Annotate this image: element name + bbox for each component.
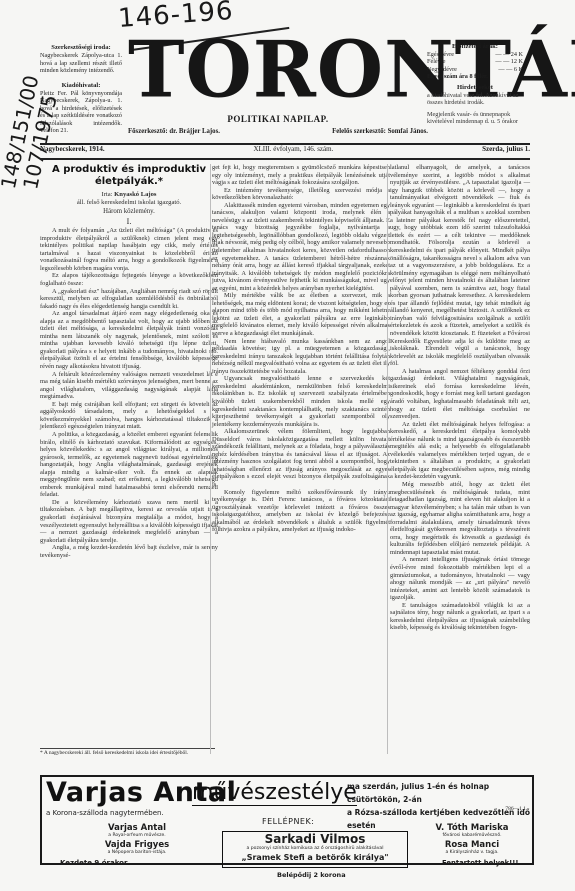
paragraph: E bajt még csirájában kell elfojtani; ez… bbox=[40, 401, 218, 431]
paragraph: Nem lenne hiábavaló munka kassánkban sem… bbox=[212, 338, 390, 376]
article-column-3: latlanul elhanyagolt, de amelyek, a taná… bbox=[390, 164, 530, 632]
article-column-1: A produktiv és improduktiv életpályák.* … bbox=[40, 164, 218, 559]
article-author: Knyaskó Lajos bbox=[114, 191, 156, 198]
performer-name: Vajda Frigyes bbox=[92, 840, 182, 850]
price-value: — — 6 K bbox=[498, 66, 523, 73]
price-period: Negyedévre bbox=[427, 66, 457, 73]
header-rule-bottom bbox=[40, 158, 530, 160]
price-period: Félévre bbox=[427, 58, 446, 65]
ad-venue: a Korona-szálloda nagytermében. bbox=[46, 809, 164, 817]
performer-desc: fővárosi kabaréművésznő. bbox=[417, 833, 527, 838]
paragraph: A „gyakorlati ész" hazájában, Angliában … bbox=[40, 288, 218, 311]
price-period: Egész évre bbox=[427, 51, 454, 58]
place-year: Nagybecskerek, 1914. bbox=[40, 145, 105, 153]
paragraph: A mult év folyamán „Az üzleti élet méltó… bbox=[40, 227, 218, 272]
paragraph: E tanulságos számadatokból világlik ki a… bbox=[390, 602, 530, 632]
author-title: áll. felső kereskedelmi iskolai igazgató… bbox=[40, 199, 218, 207]
performer-name: Varjas Antal bbox=[92, 823, 182, 833]
star-piece: „Sramek Stefi a betörők királya" bbox=[223, 852, 407, 863]
newspaper-title: TORONTÁL bbox=[128, 27, 428, 113]
paragraph: A hatalmas angol nemzet féltékeny gondda… bbox=[390, 368, 530, 421]
price-value: — — 12 K bbox=[495, 58, 523, 65]
paragraph: Még messzibb attól, hogy az üzleti élet … bbox=[390, 481, 530, 556]
responsible-editor: Felelős szerkesztő: Somfai János. bbox=[332, 128, 428, 135]
newspaper-subtitle: POLITIKAI NAPILAP. bbox=[128, 114, 428, 124]
ads-heading: Hirdetéseket bbox=[427, 84, 523, 91]
paragraph: Az angol társadalmat átjáró ezen nagy el… bbox=[40, 310, 218, 370]
section-number: I. bbox=[40, 218, 218, 226]
paragraph: Alakittassék minden egyetemi városban, m… bbox=[212, 202, 390, 293]
price-row: Egész évre — — 24 K bbox=[427, 51, 523, 58]
paragraph: Ugyancsak megvalósitható lenne e szervez… bbox=[212, 375, 390, 428]
paragraph: Ez intézmény tevékenysége, illetőleg sze… bbox=[212, 187, 390, 202]
ad-star-box: Sarkadi Vilmos a pozsonyi színház komiku… bbox=[222, 831, 408, 868]
publication-schedule: Megjelenik vasár- és ünnepnapok kivételé… bbox=[427, 111, 523, 125]
paragraph: Alkalomszerünek vélem fölemliteni, hogy … bbox=[212, 428, 390, 488]
price-row: Félévre — — 12 K bbox=[427, 58, 523, 65]
ad-start-time: Kezdete 9 órakor. bbox=[60, 859, 129, 867]
paragraph: A politika, a közgazdaság, a közélet emb… bbox=[40, 431, 218, 499]
editorial-office-heading: Szerkesztőségi iroda: bbox=[40, 44, 122, 51]
performer-desc: a Népopera bariton-istája. bbox=[92, 850, 182, 855]
paragraph: Mily mértékbe válik be az életben a szer… bbox=[212, 292, 390, 337]
performer-name: Rosa Manci bbox=[417, 840, 527, 850]
ad-performers-left: Varjas Antal a Royal-orfeum művésze. Vaj… bbox=[92, 823, 182, 857]
ad-featuring-label: FELLÉPNEK: bbox=[262, 817, 314, 826]
price-row: Negyedévre — — 6 K bbox=[427, 66, 523, 73]
paragraph: Anglia, a még kezdet-kezdetén lévő bajt … bbox=[40, 544, 218, 559]
star-name: Sarkadi Vilmos bbox=[223, 832, 407, 846]
paragraph: De a közvélemény kárhoztató szava nem me… bbox=[40, 499, 218, 544]
editors-line: Főszerkesztő: dr. Brájjer Lajos. Felelős… bbox=[128, 128, 428, 135]
editorial-office-text: Nagybecskerek Zápolya-utca 1. hová a lap… bbox=[40, 52, 122, 74]
price-value: — — 24 K bbox=[495, 51, 523, 58]
paragraph: latlanul elhanyagolt, de amelyek, a taná… bbox=[390, 164, 530, 368]
article-series-note: Három közlemény. bbox=[40, 208, 218, 216]
paragraph: Komoly figyelemre méltó székesfővárosunk… bbox=[212, 489, 390, 534]
concert-advertisement: Varjas Antal művészestélye ma szerdán, j… bbox=[40, 775, 534, 865]
issue-date: Szerda, julius 1. bbox=[482, 145, 530, 153]
paragraph: A nemzet intelligens ifjuságinak óriási … bbox=[390, 556, 530, 601]
ad-entry-fee: Belépődij 2 korona bbox=[277, 871, 346, 879]
article-byline: Irta: Knyaskó Lajos bbox=[40, 191, 218, 199]
single-copy-price: Egyes szám ára 8 fillér. bbox=[427, 73, 523, 80]
column-divider bbox=[210, 164, 211, 754]
ad-event-title: művészestélye bbox=[192, 780, 357, 806]
ad-reserved-seats: Fentartott helyek!!! bbox=[442, 859, 518, 867]
subscription-heading: Előfizetési árak: bbox=[427, 43, 523, 50]
volume-issue: XLIII. évfolyam, 146. szám. bbox=[253, 145, 333, 153]
paragraph: Az üzleti élet méltóságának helyes felfo… bbox=[390, 421, 530, 481]
ad-schedule-line-1: ma szerdán, julius 1-én és holnap csütör… bbox=[347, 780, 532, 806]
article-footnote: * A nagybecskereki áll. felső kereskedel… bbox=[40, 748, 215, 757]
paragraph: Ez alapos tájékozottságu fejtegetés lény… bbox=[40, 272, 218, 287]
newspaper-page: 146-196 148/151/00 107/1975 Szerkesztősé… bbox=[0, 0, 575, 891]
editor-in-chief: Főszerkesztő: dr. Brájjer Lajos. bbox=[128, 128, 220, 135]
office-info-box: Szerkesztőségi iroda: Nagybecskerek Zápo… bbox=[40, 44, 122, 141]
dateline: Nagybecskerek, 1914. XLIII. évfolyam, 14… bbox=[40, 145, 530, 153]
column-divider bbox=[387, 164, 388, 754]
subscription-box: Előfizetési árak: Egész évre — — 24 K Fé… bbox=[427, 43, 523, 129]
publisher-text: Pleitz Fer. Pál könyvnyomdája Nagybecske… bbox=[40, 90, 122, 134]
performer-name: V. Tóth Mariska bbox=[417, 823, 527, 833]
article-title: A produktiv és improduktiv életpályák.* bbox=[40, 164, 218, 188]
ad-performers-right: V. Tóth Mariska fővárosi kabaréművésznő.… bbox=[417, 823, 527, 857]
masthead: TORONTÁL POLITIKAI NAPILAP. bbox=[128, 28, 428, 124]
publisher-heading: Kiadóhivatal: bbox=[40, 82, 122, 89]
byline-prefix: Irta: bbox=[102, 191, 115, 198]
performer-desc: a Királyszinház v. tagja. bbox=[417, 850, 527, 855]
article-column-2: get fejt ki, hogy megteremtsen s gyümölc… bbox=[212, 164, 390, 534]
paragraph: get fejt ki, hogy megteremtsen s gyümölc… bbox=[212, 164, 390, 187]
paragraph: A feltárult közérzelemény valóságos nemz… bbox=[40, 371, 218, 401]
performer-desc: a Royal-orfeum művésze. bbox=[92, 833, 182, 838]
ad-code: 786—1.1 bbox=[505, 806, 526, 812]
ads-text: a kiadóhivatal vesz fel. Azonkívül az ös… bbox=[427, 92, 523, 106]
